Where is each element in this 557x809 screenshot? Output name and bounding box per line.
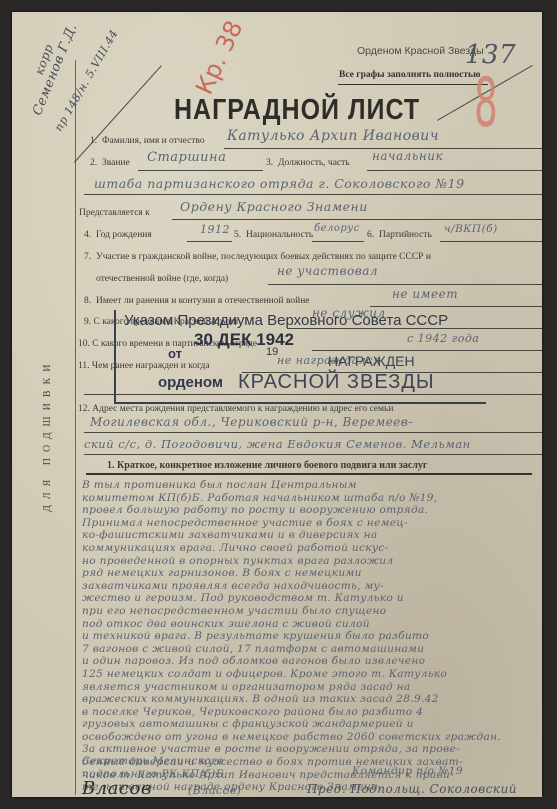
narrative-line: жество и героизм. Под руководством т. Ка…	[82, 592, 547, 605]
narrative-line: ряд немецких гарнизонов. В боях с немецк…	[82, 567, 547, 580]
field-8-underline	[370, 306, 542, 307]
field-4-value: 1912	[200, 223, 230, 236]
field-6-label: Партийность	[379, 230, 432, 240]
narrative-line: провел большую работу по росту и вооруже…	[82, 504, 547, 517]
narrative-line: коммуникациях врага. Лично своей работой…	[82, 542, 547, 555]
field-2-label: Звание	[102, 158, 130, 168]
narrative-line: вражеских коммуникациях. В одной из таки…	[82, 693, 547, 706]
field-7-label-line2: отечественной войне (где, когда)	[96, 274, 228, 284]
field-4-number: 4.	[84, 230, 91, 240]
field-12-number-label: 12. Адрес места рождения представляемого…	[78, 404, 393, 414]
field-10-number: 10.	[78, 339, 90, 349]
stamp-awarded: НАГРАЖДЕН	[328, 353, 415, 369]
field-5-number: 5.	[234, 230, 241, 240]
field-3-number: 3.	[266, 158, 273, 168]
narrative-heading: 1. Краткое, конкретное изложение личного…	[107, 460, 427, 471]
narrative-line: 125 немецких солдат и офицеров. Кроме эт…	[82, 668, 547, 681]
red-pencil-label: Кр. 38	[190, 16, 248, 99]
presented-to-label: Представляется к	[79, 208, 150, 218]
stamp-order-name: КРАСНОЙ ЗВЕЗДЫ	[238, 371, 435, 394]
narrative-line: в поселке Чериков, Чериковского района б…	[82, 706, 547, 719]
stamp-year-suffix: 19	[266, 346, 278, 358]
field-11-number: 11.	[78, 361, 90, 371]
stamp-date-prefix: от	[168, 346, 182, 361]
field-1-value: Катулько Архип Иванович	[227, 128, 439, 144]
presented-to-underline	[172, 219, 542, 220]
field-3-value: начальник	[372, 149, 443, 163]
field-5-label: Национальность	[246, 230, 313, 240]
field-12-label: Адрес места рождения представляемого к н…	[92, 404, 393, 414]
field-3-continuation: штаба партизанского отряда г. Соколовско…	[94, 176, 465, 191]
narrative-line: и один паровоз. Из под обломков вагонов …	[82, 655, 547, 668]
narrative-line: комитетом КП(б)Б. Работая начальником шт…	[82, 492, 547, 505]
signature-right-title: Командир п/о №19	[352, 765, 463, 777]
field-8-label: Имеет ли ранения и контузии в отечествен…	[96, 296, 310, 306]
binding-margin-line	[75, 60, 76, 795]
narrative-line: освобождено от угона в немецкое рабство …	[82, 731, 547, 744]
instruction-note: Все графы заполнять полностью	[339, 70, 480, 80]
field-12-number: 12.	[78, 404, 90, 414]
field-12-underline-2	[84, 454, 542, 455]
narrative-line: и техникой врага. В результате крушения …	[82, 630, 547, 643]
award-sheet-page: ДЛЯ ПОДШИВКИ корр Семенов Г.Д. пр 148/н.…	[12, 12, 542, 797]
narrative-line: является участником и организатором ряда…	[82, 681, 547, 694]
instruction-underline	[338, 84, 488, 85]
stamp-order-prefix: орденом	[158, 374, 223, 391]
field-2-number: 2.	[90, 158, 97, 168]
field-7-label: Участие в гражданской войне, последующих…	[96, 252, 431, 262]
field-12-underline-1	[84, 432, 542, 433]
narrative-heading-rule	[86, 473, 532, 475]
field-12-value-line-1: Могилевская обл., Чериковский р-н, Верем…	[90, 415, 413, 429]
narrative-line: В тыл противника был послан Центральным	[82, 479, 547, 492]
signature-right-mark: Пред. Подпольщ. Соколовский	[307, 782, 517, 796]
binding-margin-label: ДЛЯ ПОДШИВКИ	[42, 359, 53, 512]
field-2-underline	[138, 170, 263, 171]
field-4-label: Год рождения	[96, 230, 152, 240]
field-5-value: белорус	[314, 223, 360, 234]
narrative-text: В тыл противника был послан Центральнымк…	[82, 479, 547, 794]
field-7-underline	[268, 284, 542, 285]
field-7-number: 7.	[84, 252, 91, 262]
field-6-underline	[440, 241, 542, 242]
field-6-value: ч/ВКП(б)	[444, 223, 498, 235]
signature-left-mark: Власов	[82, 778, 152, 799]
narrative-line: 7 вагонов с живой силой, 17 платформ с а…	[82, 643, 547, 656]
field-9-number: 9.	[84, 317, 91, 327]
narrative-line: захватчиками проявлял всегда находчивост…	[82, 580, 547, 593]
signature-left-title-line-1: Секретарь Мглинского	[82, 755, 224, 767]
signature-left-name: (Власов)	[188, 784, 241, 797]
stamp-date: 30 ДЕК 1942	[194, 330, 294, 350]
field-4-underline	[187, 241, 232, 242]
field-12-value-line-2: ский с/с, д. Погодовичи, жена Евдокия Се…	[84, 437, 471, 451]
field-5-underline	[312, 241, 364, 242]
presented-to-value: Ордену Красного Знамени	[180, 199, 368, 214]
narrative-line: грузовых автомашины с французской жандар…	[82, 718, 547, 731]
stamp-decree-line: Указом Президиума Верховного Совета СССР	[124, 312, 448, 329]
field-1-label: Фамилия, имя и отчество	[102, 136, 205, 146]
field-3-continuation-underline	[84, 194, 542, 195]
narrative-line: под откос два воинских эшелона с живой с…	[82, 618, 547, 631]
narrative-line: но проведенной в опорных пунктах врага р…	[82, 555, 547, 568]
field-8-value: не имеет	[392, 287, 458, 301]
award-decree-stamp: Указом Президиума Верховного Совета СССР…	[114, 310, 486, 404]
red-pencil-mark: 8	[474, 64, 498, 143]
narrative-line: при его непосредственном участии было сп…	[82, 605, 547, 618]
field-3-label: Должность, часть	[278, 158, 350, 168]
narrative-line: ко-фашистскими захватчиками и в диверсия…	[82, 529, 547, 542]
document-title: НАГРАДНОЙ ЛИСТ	[174, 94, 420, 127]
field-1-number: 1.	[90, 136, 97, 146]
field-3-underline	[367, 170, 542, 171]
field-2-value: Старшина	[147, 150, 226, 165]
field-8-number: 8.	[84, 296, 91, 306]
field-6-number: 6.	[367, 230, 374, 240]
field-7-value: не участвовал	[277, 264, 378, 278]
narrative-line: Принимал непосредственное участие в боях…	[82, 517, 547, 530]
